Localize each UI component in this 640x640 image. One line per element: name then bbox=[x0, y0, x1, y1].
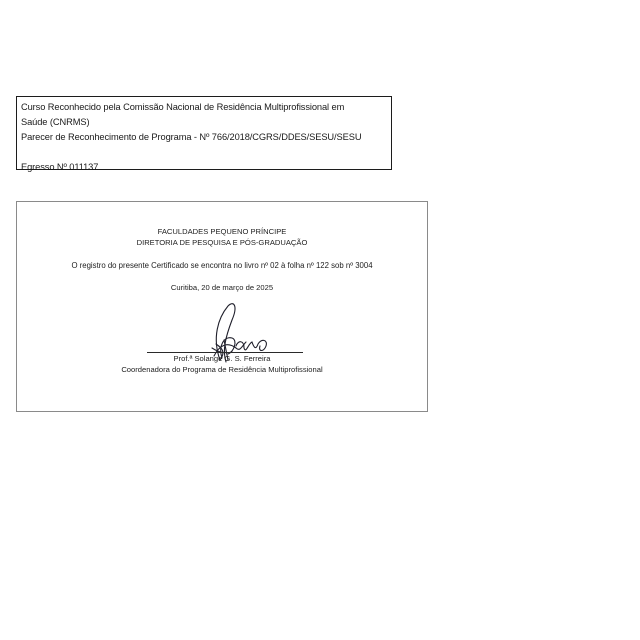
signatory-role: Coordenadora do Programa de Residência M… bbox=[17, 365, 427, 374]
graduate-number: Egresso Nº 011137 bbox=[21, 160, 387, 175]
place-and-date: Curitiba, 20 de março de 2025 bbox=[17, 283, 427, 292]
registry-statement: O registro do presente Certificado se en… bbox=[17, 261, 427, 270]
recognition-line-2: Saúde (CNRMS) bbox=[21, 115, 387, 130]
registry-box: FACULDADES PEQUENO PRÍNCIPE DIRETORIA DE… bbox=[16, 201, 428, 412]
spacer bbox=[21, 145, 387, 160]
signature-line bbox=[147, 352, 303, 353]
signatory-name: Prof.ª Solange G. S. Ferreira bbox=[17, 354, 427, 363]
department-name: DIRETORIA DE PESQUISA E PÓS-GRADUAÇÃO bbox=[17, 238, 427, 247]
recognition-line-1: Curso Reconhecido pela Comissão Nacional… bbox=[21, 100, 387, 115]
recognition-box: Curso Reconhecido pela Comissão Nacional… bbox=[16, 96, 392, 170]
institution-name: FACULDADES PEQUENO PRÍNCIPE bbox=[17, 227, 427, 236]
program-opinion-number: Parecer de Reconhecimento de Programa - … bbox=[21, 130, 387, 145]
